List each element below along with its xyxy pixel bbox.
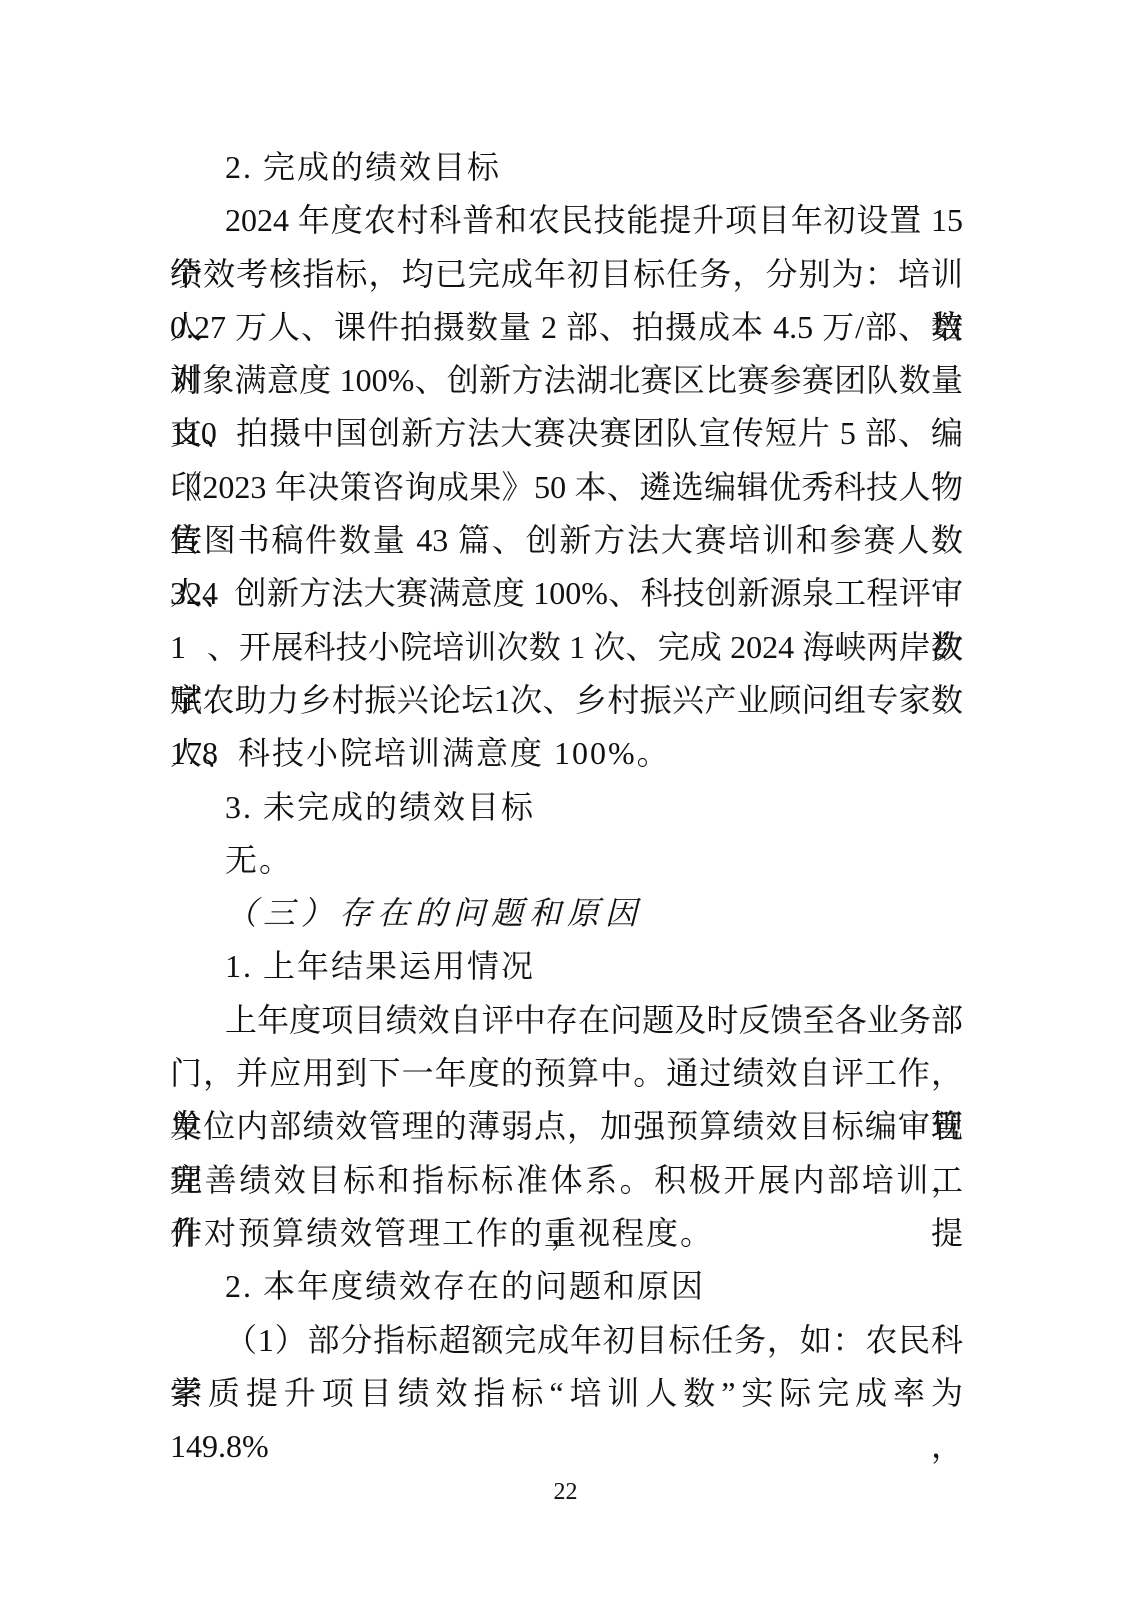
text-line: 门，并应用到下一年度的预算中。通过绩效自评工作，发现 xyxy=(170,1047,963,1100)
text-line: （1）部分指标超额完成年初目标任务，如：农民科学 xyxy=(170,1314,963,1367)
text-line: 人、科技小院培训满意度 100%。 xyxy=(170,727,963,780)
heading-prior-year-usage: 1. 上年结果运用情况 xyxy=(170,940,963,993)
text-line: 赋农助力乡村振兴论坛1次、乡村振兴产业顾问组专家数178 xyxy=(170,674,963,727)
text-line: 《2023 年决策咨询成果》50 本、遴选编辑优秀科技人物宣 xyxy=(170,461,963,514)
text-line: 单位内部绩效管理的薄弱点，加强预算绩效目标编审管理， xyxy=(170,1100,963,1153)
text-line: 0.27 万人、课件拍摄数量 2 部、拍摄成本 4.5 万/部、培训 xyxy=(170,301,963,354)
document-body: 2. 完成的绩效目标 2024 年度农村科普和农民技能提升项目年初设置 15 个… xyxy=(170,141,963,1420)
heading-problems-causes: （三）存在的问题和原因 xyxy=(170,887,963,940)
page-number: 22 xyxy=(0,1477,1131,1507)
text-line: 、开展科技小院培训次数 1 次、完成 2024 海峡两岸数字 xyxy=(170,621,963,674)
text-line: 完善绩效目标和指标标准体系。积极开展内部培训工作，提 xyxy=(170,1154,963,1207)
text-line: 2024 年度农村科普和农民技能提升项目年初设置 15 个 xyxy=(170,194,963,247)
text-line: 上年度项目绩效自评中存在问题及时反馈至各业务部 xyxy=(170,994,963,1047)
document-page: 2. 完成的绩效目标 2024 年度农村科普和农民技能提升项目年初设置 15 个… xyxy=(0,0,1131,1600)
text-line: 传图书稿件数量 43 篇、创新方法大赛培训和参赛人数 324 xyxy=(170,514,963,567)
text-line: 素质提升项目绩效指标“培训人数”实际完成率为 149.8%， xyxy=(170,1367,963,1420)
text-line: 支、拍摄中国创新方法大赛决赛团队宣传短片 5 部、编印 xyxy=(170,407,963,460)
heading-completed-goals: 2. 完成的绩效目标 xyxy=(170,141,963,194)
text-line: 人、创新方法大赛满意度 100%、科技创新源泉工程评审 1 次 xyxy=(170,567,963,620)
heading-uncompleted-goals: 3. 未完成的绩效目标 xyxy=(170,781,963,834)
text-line: 无。 xyxy=(170,834,963,887)
text-line: 绩效考核指标，均已完成年初目标任务，分别为：培训人数 xyxy=(170,248,963,301)
heading-current-year-problems: 2. 本年度绩效存在的问题和原因 xyxy=(170,1260,963,1313)
text-line: 对象满意度 100%、创新方法湖北赛区比赛参赛团队数量 110 xyxy=(170,354,963,407)
